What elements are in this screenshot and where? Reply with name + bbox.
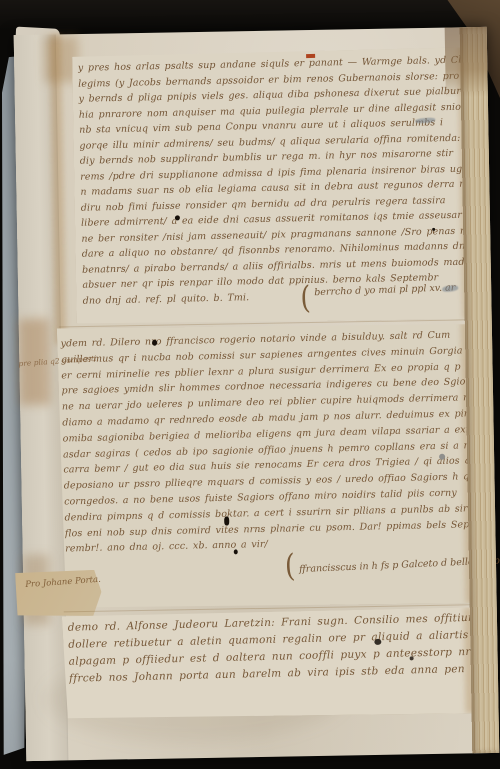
- red-rubric-mark: [306, 54, 315, 58]
- ink-blot: [374, 639, 381, 645]
- manuscript-leaf: y pres hos arlas psalts sup andane siqul…: [14, 27, 500, 761]
- paragraph-2: ydem rd. Dilero nro ffrancisco rogerio n…: [60, 327, 483, 558]
- ink-blot: [152, 340, 157, 346]
- manuscript-photo: { "colors": { "backdrop": "#0b0a08", "pa…: [0, 0, 500, 769]
- ink-blot: [234, 549, 238, 554]
- paragraph-1: y pres hos arlas psalts sup andane siqul…: [78, 52, 483, 312]
- wormhole: [439, 454, 445, 460]
- margin-note-line: Pro Johane: [25, 577, 73, 590]
- ink-blot: [432, 228, 435, 231]
- margin-note-line: Porta.: [75, 575, 101, 587]
- ink-blot: [175, 215, 180, 220]
- backdrop-shade: [0, 0, 500, 30]
- ink-blot: [224, 516, 229, 525]
- page-edge-shadow: [445, 27, 488, 98]
- flourish-bracket: (: [300, 280, 311, 316]
- paragraph-3: demo rd. Alfonse Judeoru Laretzin: Frani…: [68, 610, 480, 694]
- flourish-bracket: (: [285, 558, 296, 575]
- ink-blot: [410, 656, 414, 660]
